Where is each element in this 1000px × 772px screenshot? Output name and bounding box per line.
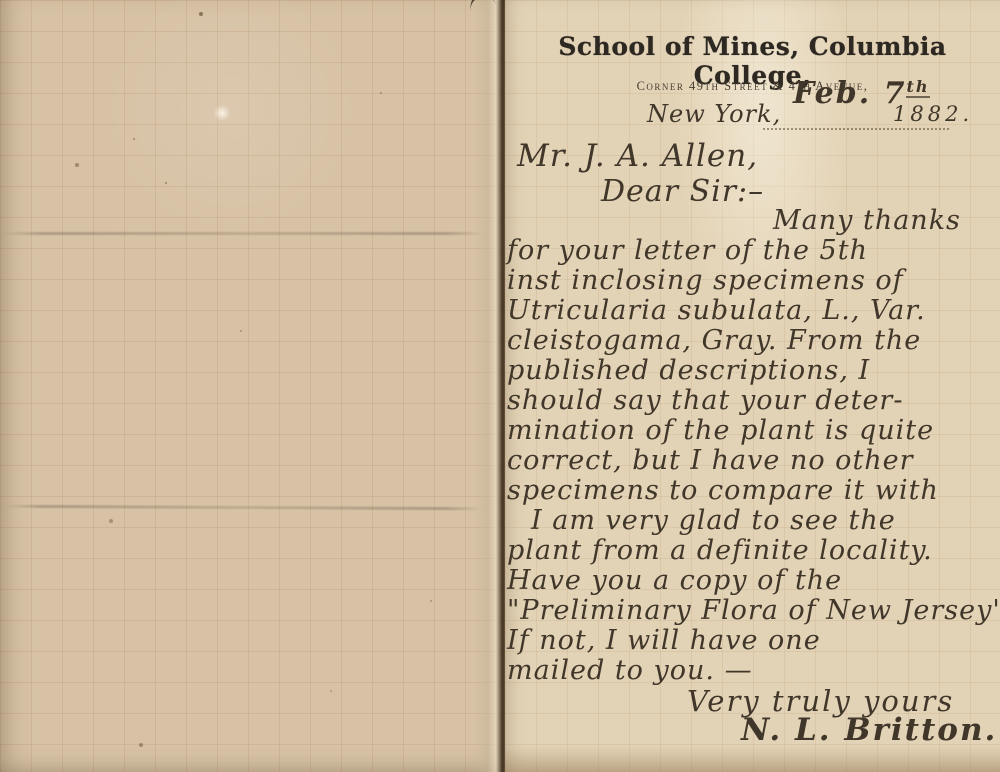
page-bottom-shadow	[505, 746, 1000, 772]
letter-page: School of Mines, Columbia College, Corne…	[505, 0, 1000, 772]
body-line: mination of the plant is quite	[507, 416, 999, 446]
left-blank-page	[0, 0, 503, 772]
body-line: inst inclosing specimens of	[507, 266, 999, 296]
body-line: Utricularia subulata, L., Var.	[507, 296, 999, 326]
signature-line: N. L. Britton.	[741, 712, 997, 748]
salutation-line: Dear Sir:–	[601, 174, 764, 209]
date-ordinal-suffix: th	[906, 77, 929, 98]
body-line: "Preliminary Flora of New Jersey"?	[507, 596, 999, 626]
body-line: published descriptions, I	[507, 356, 999, 386]
body-line: Have you a copy of the	[507, 566, 999, 596]
body-line: should say that your deter-	[507, 386, 999, 416]
paper-crease-upper	[4, 232, 484, 235]
body-line: for your letter of the 5th	[507, 236, 999, 266]
body-line: If not, I will have one	[507, 626, 999, 656]
scanned-letter-image: { "letterhead": { "institution": "School…	[0, 0, 1000, 772]
body-line: mailed to you. —	[507, 656, 999, 686]
body-line: specimens to compare it with	[507, 476, 999, 506]
letterhead-place: New York,	[647, 100, 781, 128]
body-line: correct, but I have no other	[507, 446, 999, 476]
recipient-line: Mr. J. A. Allen,	[517, 138, 758, 174]
paper-glare-spot	[214, 104, 230, 122]
handwritten-year: 1882.	[893, 102, 973, 126]
body-line: I am very glad to see the	[507, 506, 999, 536]
paper-specks	[0, 0, 2, 2]
date-day: Feb. 7	[793, 76, 906, 111]
body-line: Many thanks	[507, 206, 999, 236]
paper-crease-lower	[4, 505, 484, 511]
body-line: plant from a definite locality.	[507, 536, 999, 566]
letter-body: Many thanks for your letter of the 5th i…	[507, 206, 999, 686]
body-line: cleistogama, Gray. From the	[507, 326, 999, 356]
